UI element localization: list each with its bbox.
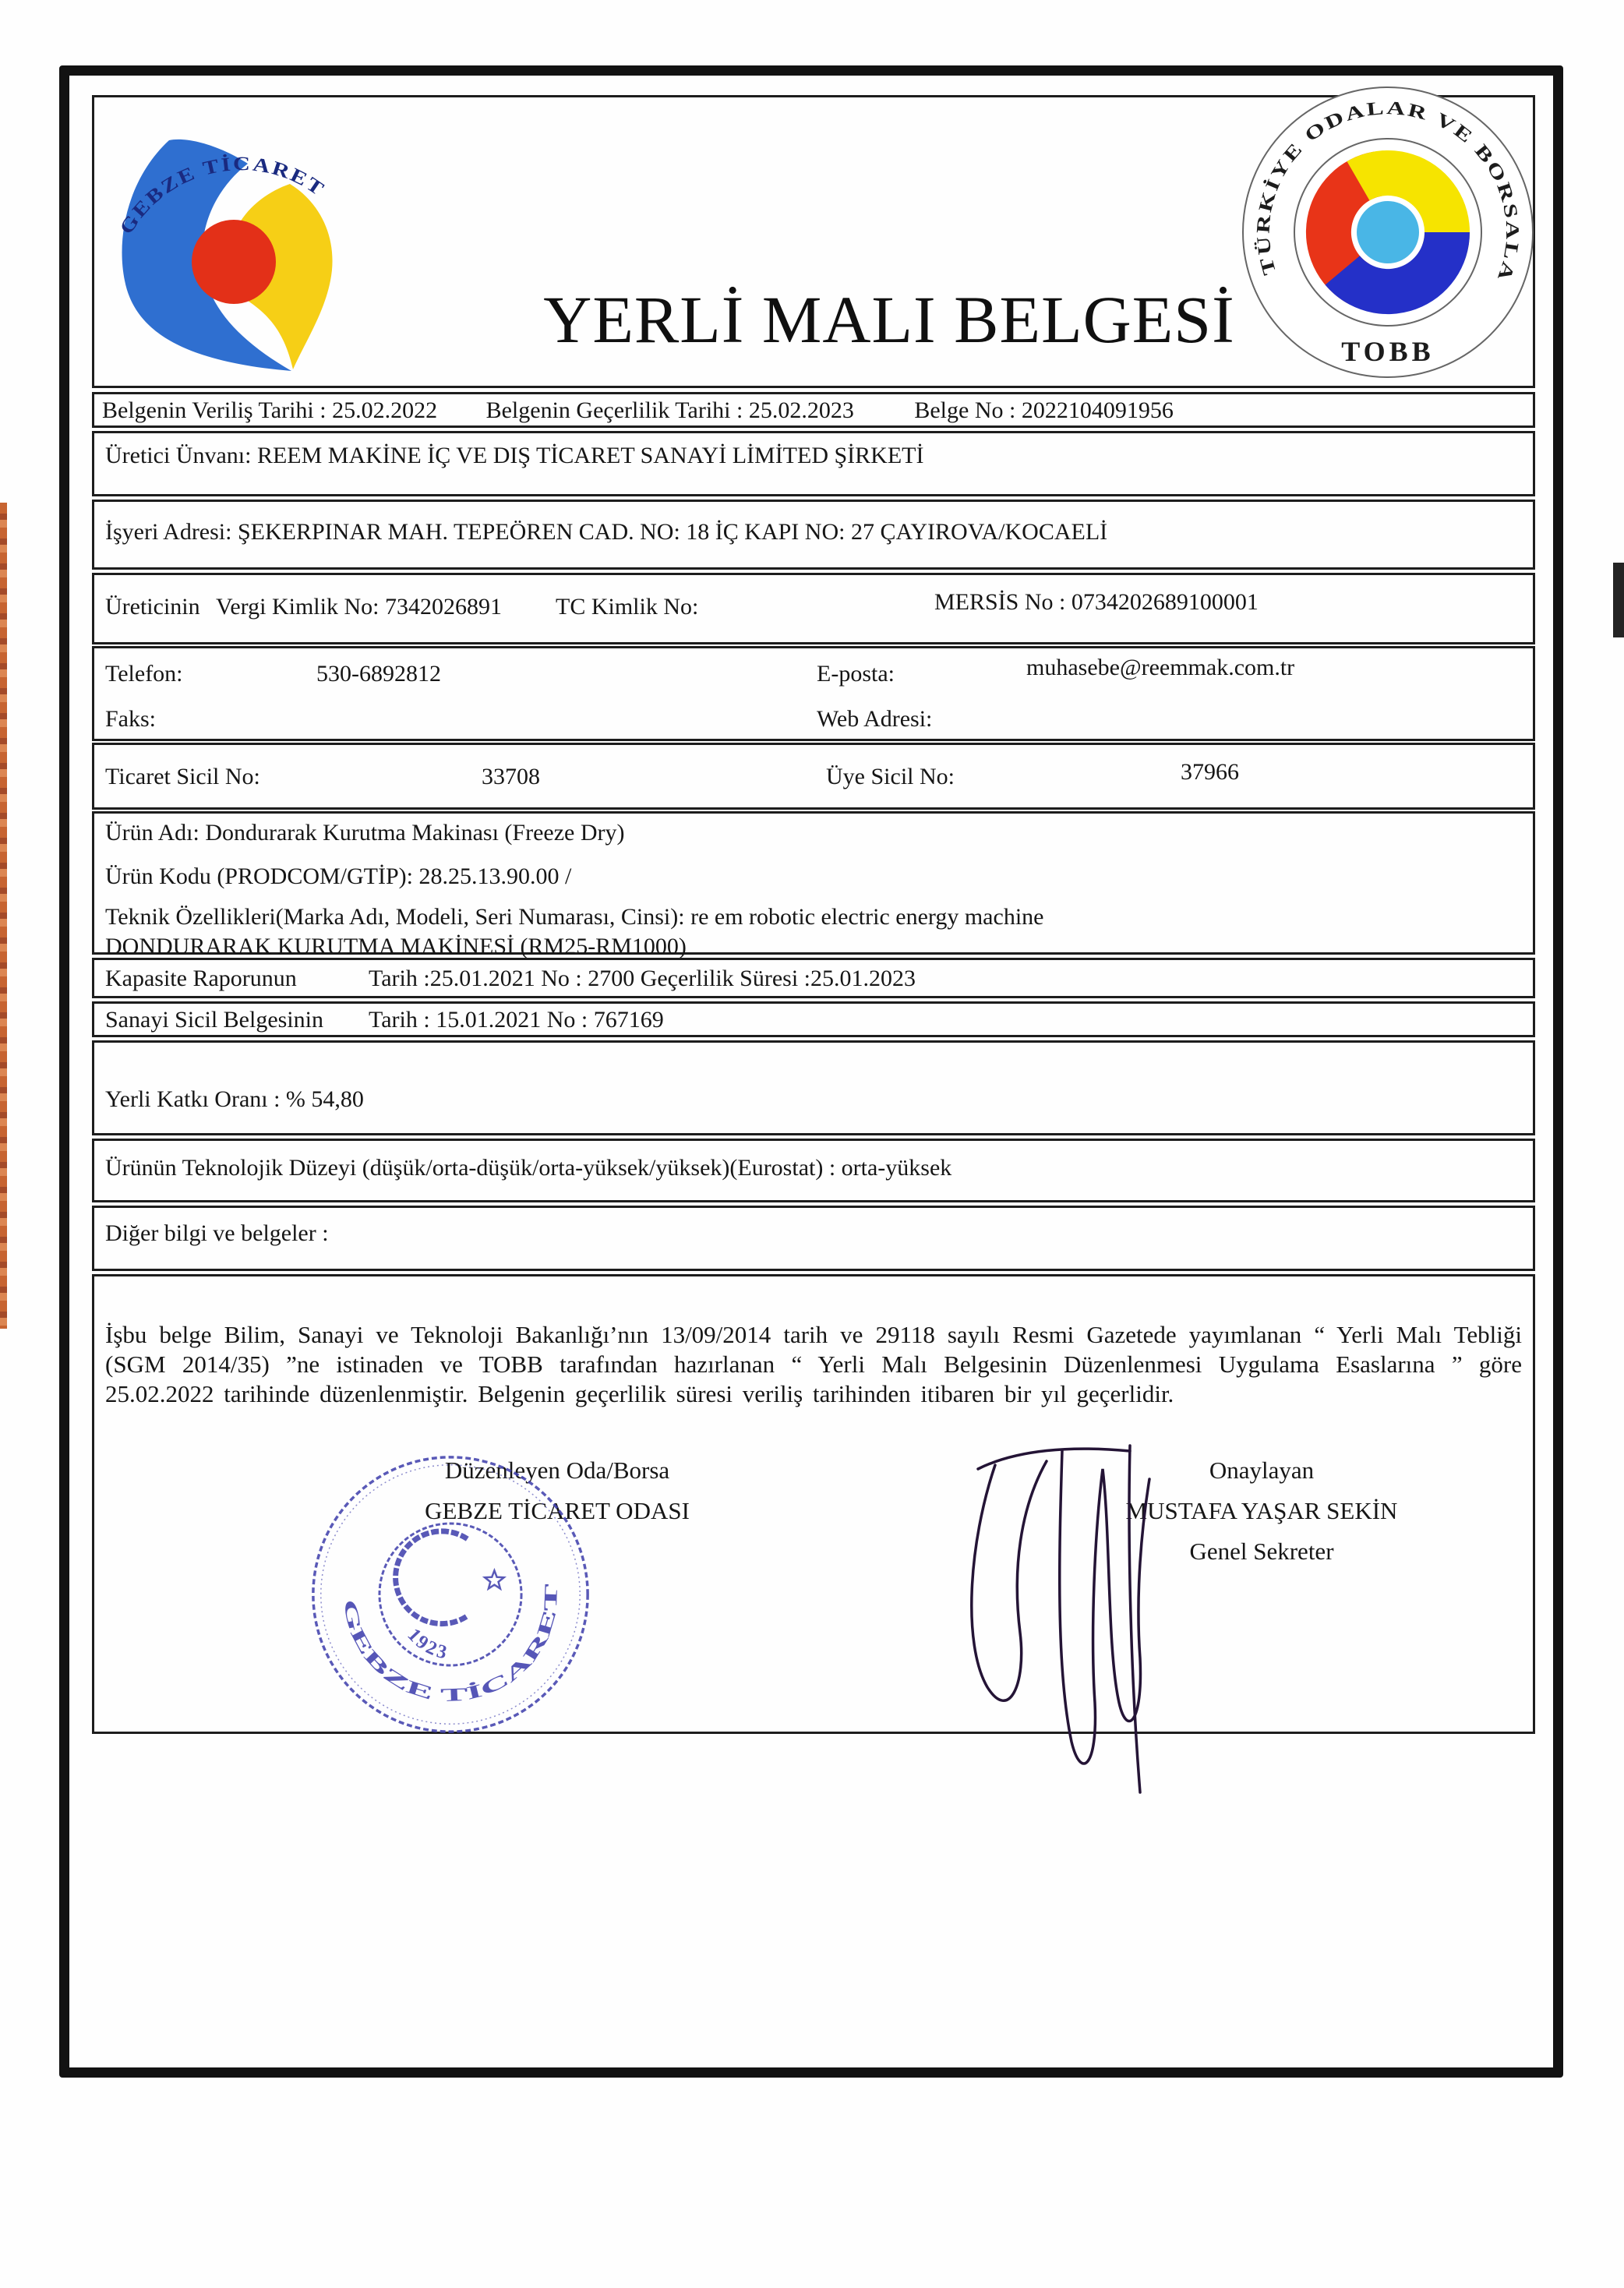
trade-registry-label: Ticaret Sicil No:: [105, 764, 260, 790]
handwritten-signature: [955, 1442, 1220, 1796]
legal-statement: İşbu belge Bilim, Sanayi ve Teknoloji Ba…: [105, 1320, 1522, 1409]
row-producer-title: Üretici Ünvanı: REEM MAKİNE İÇ VE DIŞ Tİ…: [92, 431, 1535, 496]
producer-title-line: Üretici Ünvanı: REEM MAKİNE İÇ VE DIŞ Tİ…: [105, 443, 923, 469]
stamp-crescent: [396, 1531, 468, 1624]
other-docs-line: Diğer bilgi ve belgeler :: [105, 1220, 329, 1247]
tech-level-line: Ürünün Teknolojik Düzeyi (düşük/orta-düş…: [105, 1155, 951, 1181]
member-registry-label: Üye Sicil No:: [826, 764, 955, 790]
row-registry: Ticaret Sicil No: 33708 Üye Sicil No: 37…: [92, 743, 1535, 810]
product-tech-line2: DONDURARAK KURUTMA MAKİNESİ (RM25-RM1000…: [105, 934, 1533, 960]
row-local-content: Yerli Katkı Oranı : % 54,80: [92, 1040, 1535, 1135]
row-producer-address: İşyeri Adresi: ŞEKERPINAR MAH. TEPEÖREN …: [92, 500, 1535, 570]
row-issue-info: Belgenin Veriliş Tarihi : 25.02.2022 Bel…: [92, 392, 1535, 428]
product-code-line: Ürün Kodu (PRODCOM/GTİP): 28.25.13.90.00…: [105, 863, 1533, 890]
member-registry-value: 37966: [1181, 759, 1239, 786]
fax-label: Faks:: [105, 706, 156, 733]
row-industry-registry: Sanayi Sicil Belgesinin Tarih : 15.01.20…: [92, 1001, 1535, 1037]
producer-label: Üreticinin: [105, 594, 200, 620]
stamp-star: [485, 1570, 504, 1588]
doc-no-field: Belge No : 2022104091956: [914, 397, 1173, 423]
email-label: E-posta:: [817, 661, 895, 687]
industry-label: Sanayi Sicil Belgesinin: [105, 1007, 323, 1033]
tobb-caption: TOBB: [1341, 336, 1434, 367]
tax-id-field: Vergi Kimlik No: 7342026891: [216, 594, 502, 620]
product-name-line: Ürün Adı: Dondurarak Kurutma Makinası (F…: [105, 820, 1533, 846]
certificate-page: YERLİ MALI BELGESİ GEBZE TİCARET ODASI T…: [0, 0, 1624, 2288]
product-tech-line: Teknik Özellikleri(Marka Adı, Modeli, Se…: [105, 904, 1533, 930]
row-other-docs: Diğer bilgi ve belgeler :: [92, 1206, 1535, 1271]
gto-red-circle: [192, 220, 276, 304]
capacity-details: Tarih :25.01.2021 No : 2700 Geçerlilik S…: [369, 966, 916, 992]
chamber-stamp-icon: 1923 GEBZE TİCARET ODASI 3: [304, 1448, 597, 1741]
row-contact: Telefon: 530-6892812 E-posta: muhasebe@r…: [92, 646, 1535, 741]
phone-value: 530-6892812: [316, 661, 441, 687]
row-tech-level: Ürünün Teknolojik Düzeyi (düşük/orta-düş…: [92, 1139, 1535, 1202]
row-capacity-report: Kapasite Raporunun Tarih :25.01.2021 No …: [92, 958, 1535, 998]
tobb-logo-icon: TÜRKİYE ODALAR VE BORSALAR BİRLİĞİ TOBB: [1236, 80, 1540, 384]
email-value: muhasebe@reemmak.com.tr: [1026, 655, 1294, 681]
stamp-year: 1923: [403, 1625, 450, 1664]
local-content-line: Yerli Katkı Oranı : % 54,80: [105, 1086, 364, 1113]
scan-artifact-left: [0, 503, 7, 1329]
capacity-label: Kapasite Raporunun: [105, 966, 297, 992]
gebze-ticaret-odasi-logo-icon: GEBZE TİCARET ODASI: [95, 108, 368, 382]
scan-artifact-right: [1613, 563, 1624, 637]
phone-label: Telefon:: [105, 661, 183, 687]
row-product: Ürün Adı: Dondurarak Kurutma Makinası (F…: [92, 811, 1535, 955]
trade-registry-value: 33708: [482, 764, 540, 790]
tc-id-field: TC Kimlik No:: [556, 594, 698, 620]
industry-details: Tarih : 15.01.2021 No : 767169: [369, 1007, 664, 1033]
validity-date-field: Belgenin Geçerlilik Tarihi : 25.02.2023: [486, 397, 854, 423]
producer-address-line: İşyeri Adresi: ŞEKERPINAR MAH. TEPEÖREN …: [105, 519, 1107, 546]
mersis-field: MERSİS No : 0734202689100001: [934, 589, 1259, 616]
page-title: YERLİ MALI BELGESİ: [461, 306, 1318, 333]
row-producer-ids: Üreticinin Vergi Kimlik No: 7342026891 T…: [92, 573, 1535, 644]
issue-date-field: Belgenin Veriliş Tarihi : 25.02.2022: [102, 397, 437, 423]
web-label: Web Adresi:: [817, 706, 932, 733]
